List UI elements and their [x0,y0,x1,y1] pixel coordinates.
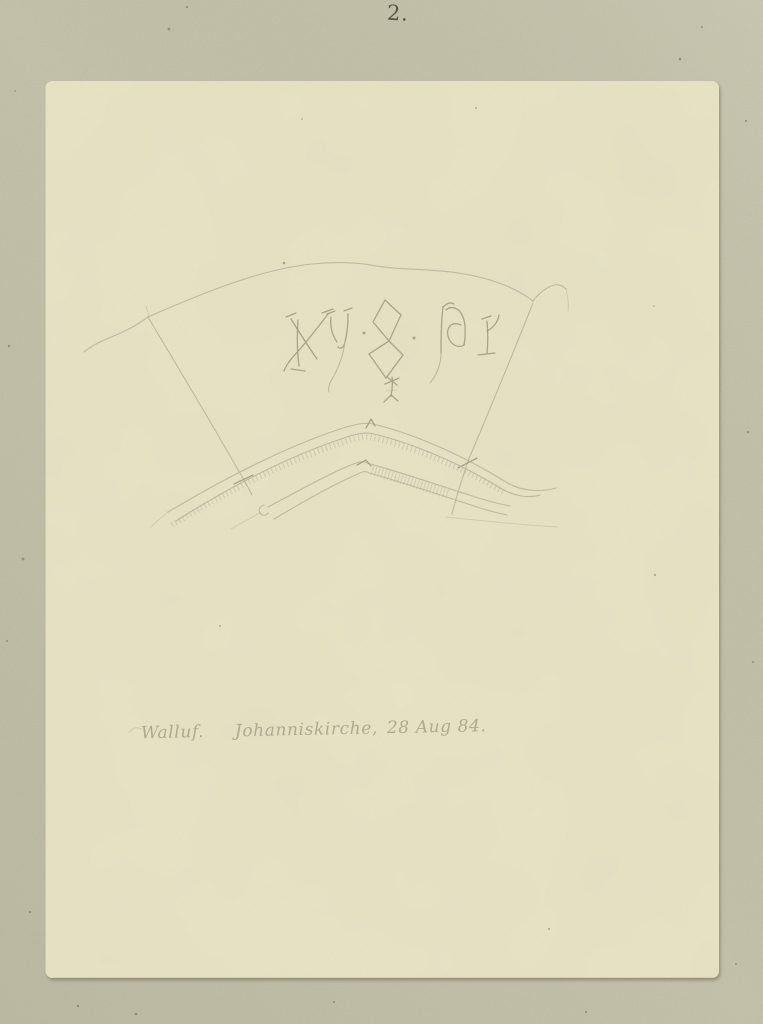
speck [548,928,550,930]
speck [475,107,477,109]
inscription-dot-1 [363,332,366,335]
scan-canvas: 2. [0,0,763,1024]
speck [679,58,682,61]
glyph5-stem [487,321,488,353]
page-number: 2. [386,1,409,26]
inscription-dot-2 [413,337,416,340]
speck [135,1013,138,1016]
speck [745,120,747,122]
speck [8,345,10,347]
speck [186,6,188,8]
speck [585,1011,587,1013]
speck [747,431,749,433]
caption-subject: Johanniskirche, [232,718,378,741]
speck [22,558,25,561]
sheet-texture [46,81,720,978]
speck [29,911,31,913]
speck [77,1005,79,1007]
caption-place: Walluf. [141,722,205,743]
speck [168,28,171,31]
speck [14,90,16,92]
speck [6,640,8,642]
speck [654,574,656,576]
speck [701,26,703,28]
speck [735,963,737,965]
speck [219,625,221,627]
fan-arc-dot [283,262,286,265]
caption-date: 28 Aug 84. [386,716,487,738]
speck [752,661,754,663]
drawing-sheet [46,81,720,978]
speck [653,305,655,307]
scanned-document: 2. [0,0,763,1024]
speck [301,118,303,120]
speck [333,1001,335,1003]
